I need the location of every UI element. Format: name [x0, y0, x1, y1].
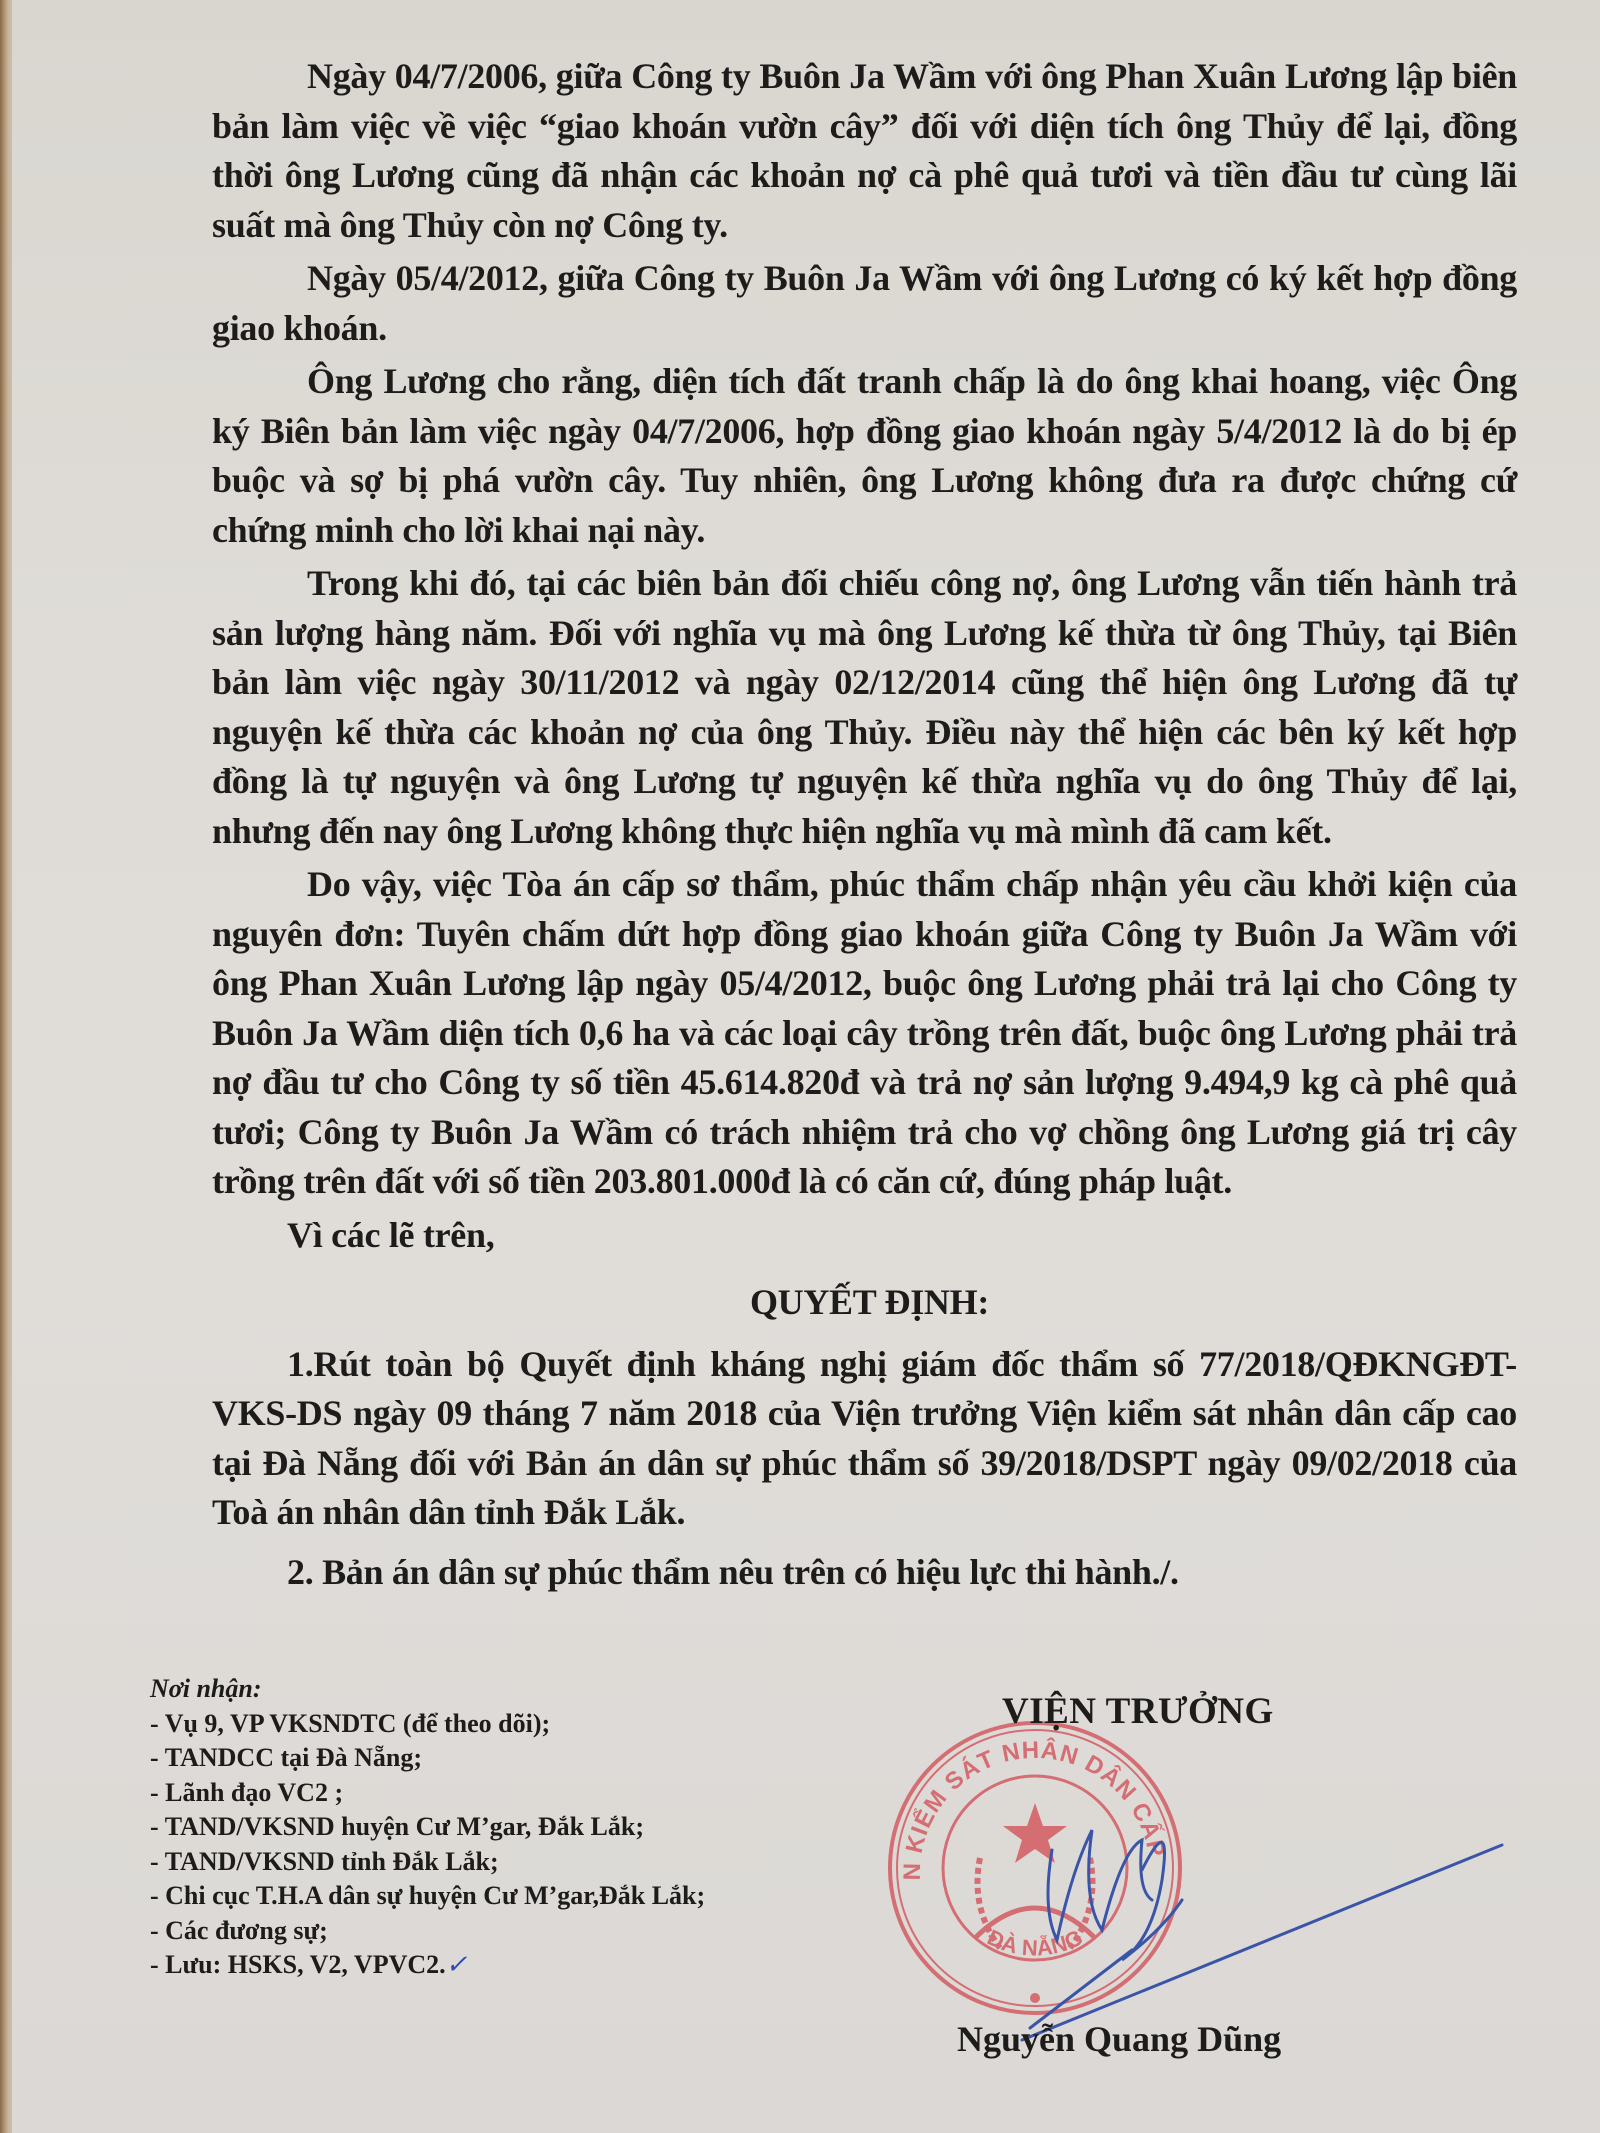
paragraph-2: Ngày 05/4/2012, giữa Công ty Buôn Ja Wầm…: [212, 254, 1517, 353]
recipient-item-text: - Lưu: HSKS, V2, VPVC2.: [150, 1950, 446, 1979]
recipient-item: - Lưu: HSKS, V2, VPVC2.✓: [150, 1948, 830, 1983]
decision-items: 1.Rút toàn bộ Quyết định kháng nghị giám…: [212, 1340, 1517, 1598]
handwritten-signature-icon: [1012, 1790, 1512, 2050]
check-mark-icon: ✓: [446, 1950, 468, 1979]
decision-heading: QUYẾT ĐỊNH:: [212, 1278, 1517, 1328]
recipient-item: - Chi cục T.H.A dân sự huyện Cư M’gar,Đắ…: [150, 1879, 830, 1914]
paragraph-3: Ông Lương cho rằng, diện tích đất tranh …: [212, 357, 1517, 555]
document-page: Ngày 04/7/2006, giữa Công ty Buôn Ja Wầm…: [12, 0, 1600, 2133]
recipient-item: - Lãnh đạo VC2 ;: [150, 1776, 830, 1811]
decision-item-1: 1.Rút toàn bộ Quyết định kháng nghị giám…: [212, 1340, 1517, 1538]
signer-name: Nguyễn Quang Dũng: [957, 2018, 1281, 2060]
paragraph-5: Do vậy, việc Tòa án cấp sơ thẩm, phúc th…: [212, 860, 1517, 1207]
recipient-item: - TAND/VKSND huyện Cư M’gar, Đắk Lắk;: [150, 1810, 830, 1845]
recipient-item: - TANDCC tại Đà Nẵng;: [150, 1741, 830, 1776]
recipients-title: Nơi nhận:: [150, 1672, 830, 1707]
closing-phrase: Vì các lẽ trên,: [212, 1211, 1517, 1261]
signer-title: VIỆN TRƯỞNG: [1002, 1690, 1274, 1733]
paragraph-4: Trong khi đó, tại các biên bản đối chiếu…: [212, 559, 1517, 856]
document-body: Ngày 04/7/2006, giữa Công ty Buôn Ja Wầm…: [212, 52, 1517, 1601]
recipient-item: - Vụ 9, VP VKSNDTC (để theo dõi);: [150, 1707, 830, 1742]
paragraph-1: Ngày 04/7/2006, giữa Công ty Buôn Ja Wầm…: [212, 52, 1517, 250]
recipient-item: - TAND/VKSND tỉnh Đắk Lắk;: [150, 1845, 830, 1880]
recipient-item: - Các đương sự;: [150, 1914, 830, 1949]
decision-item-2: 2. Bản án dân sự phúc thẩm nêu trên có h…: [212, 1548, 1517, 1598]
recipients-list: Nơi nhận: - Vụ 9, VP VKSNDTC (để theo dõ…: [150, 1672, 830, 1983]
